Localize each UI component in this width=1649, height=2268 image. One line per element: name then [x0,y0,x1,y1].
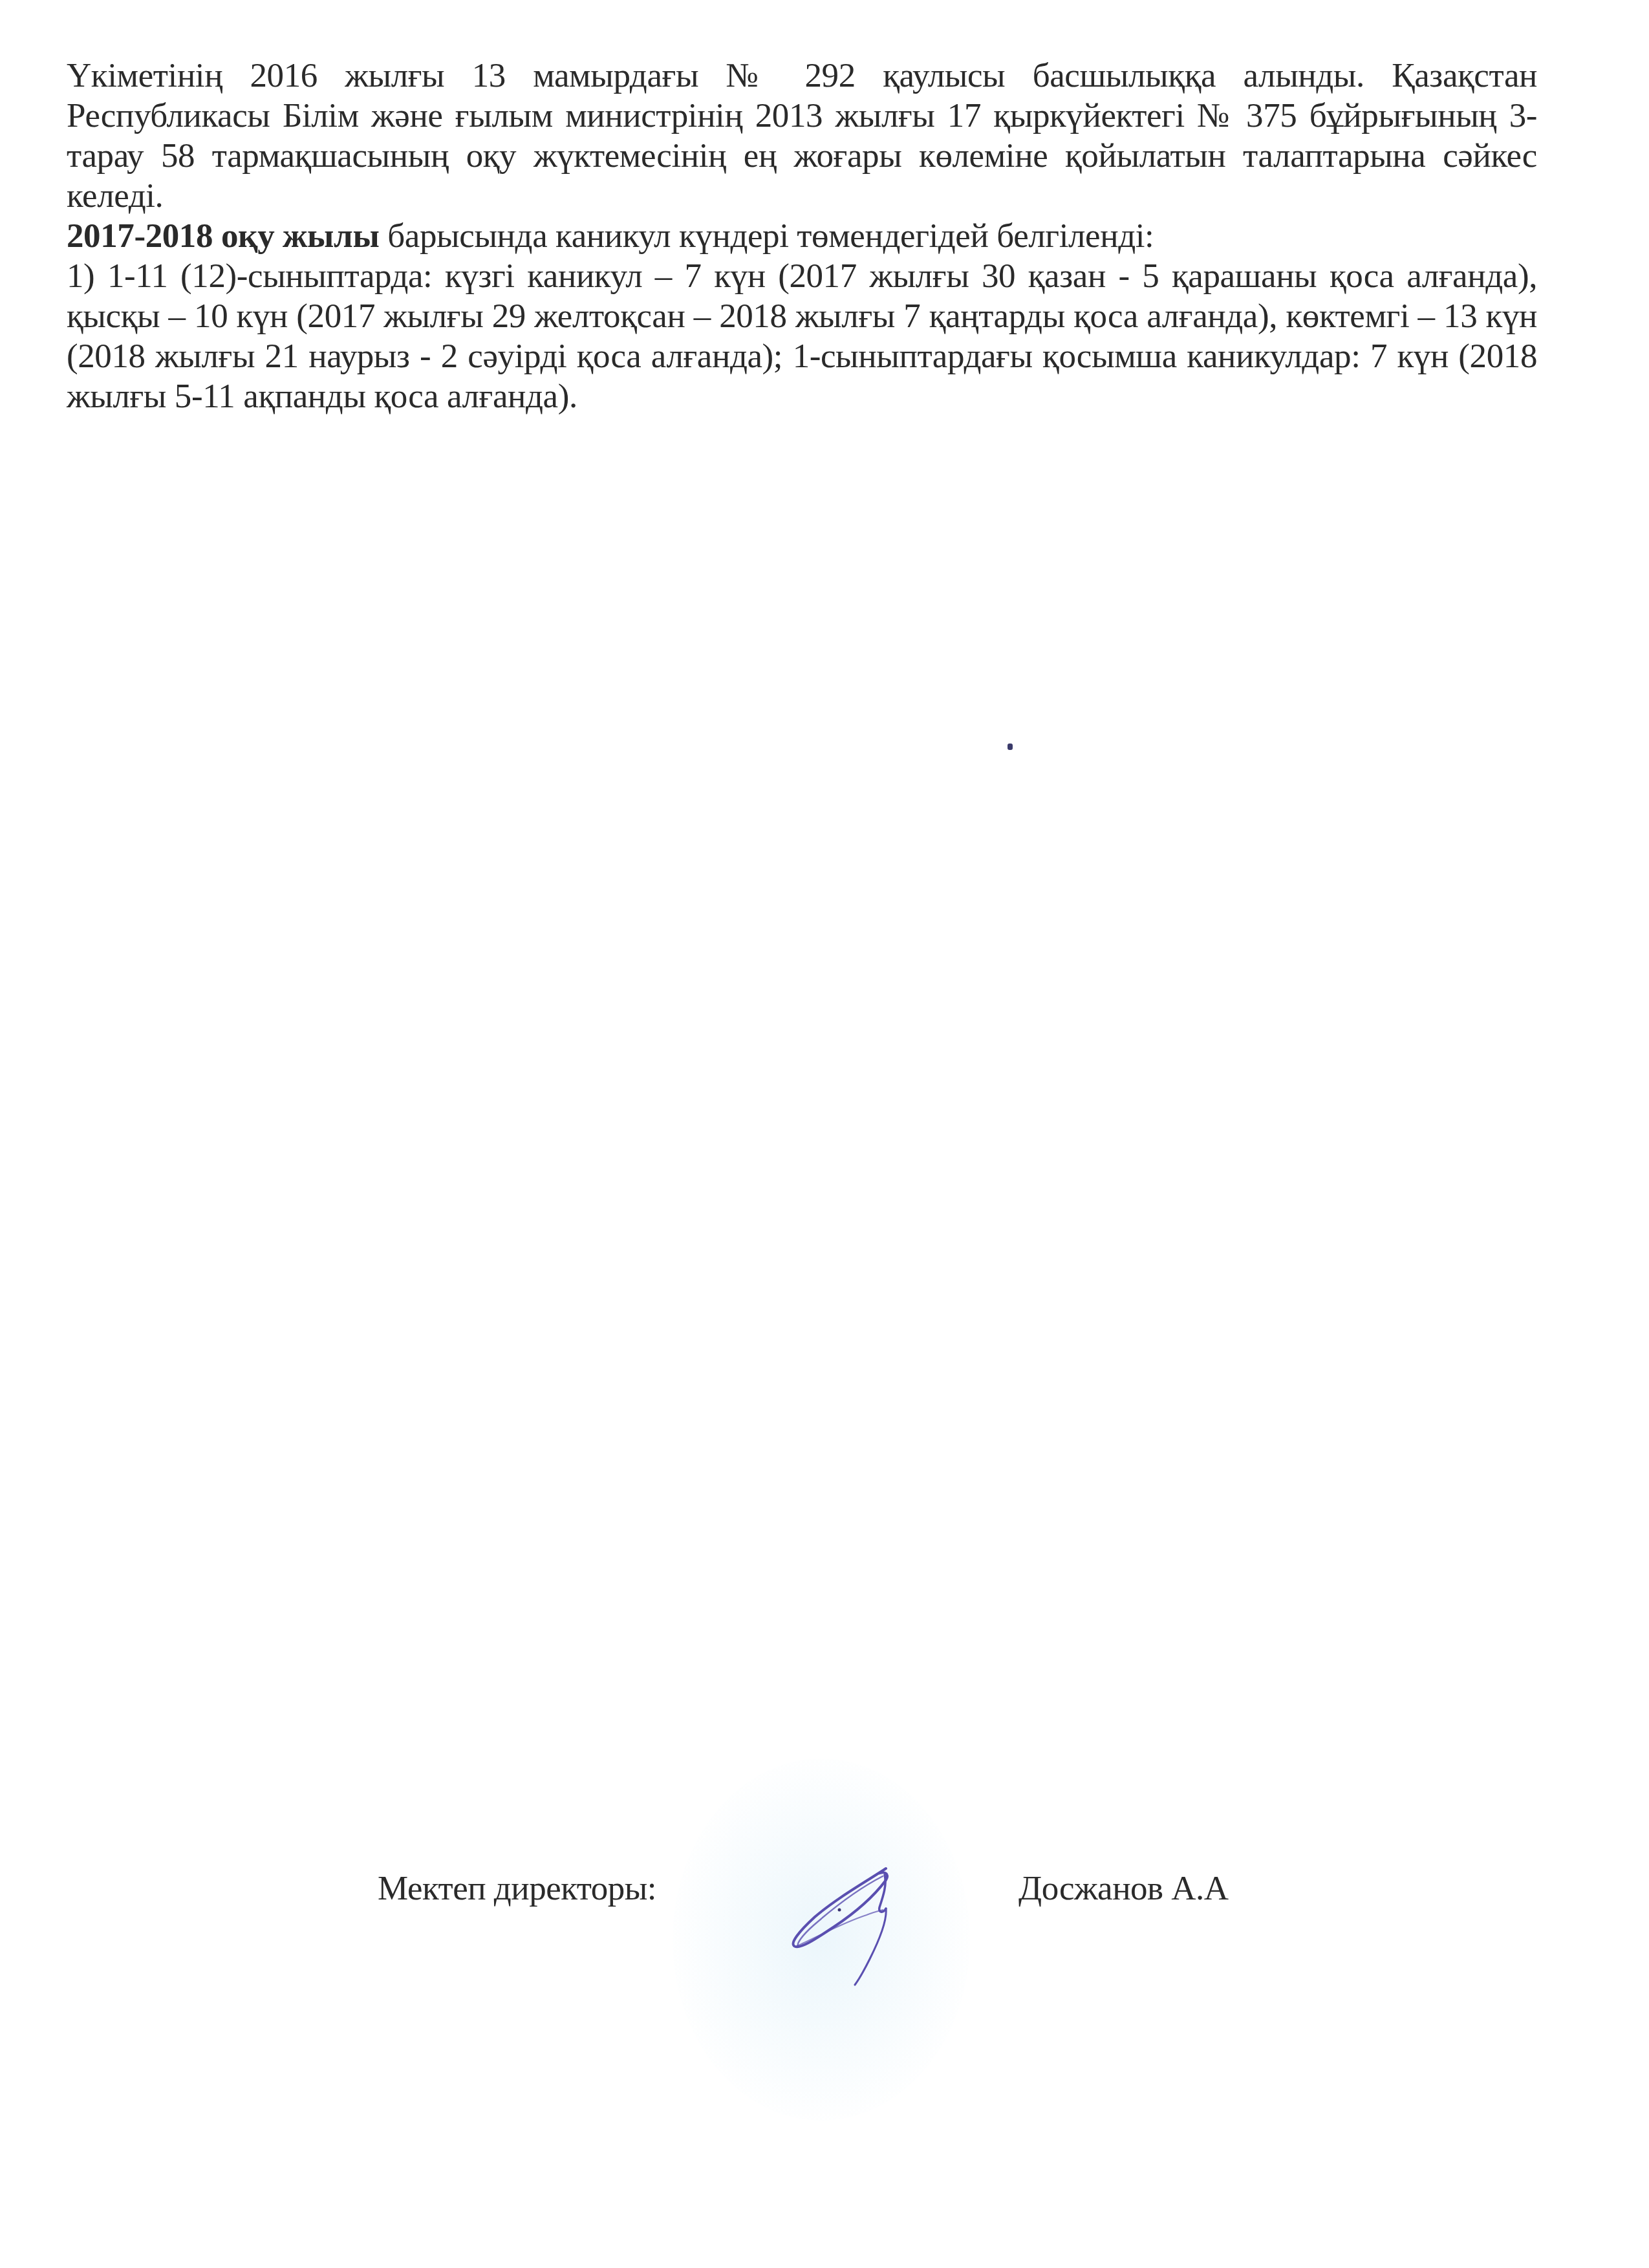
paragraph-regulation: Үкіметінің 2016 жылғы 13 мамырдағы № 292… [67,56,1537,216]
scan-speck [1008,744,1013,750]
signatory-name: Досжанов А.А [1018,1868,1229,1909]
handwritten-signature-icon [776,1862,905,1991]
paragraph-text: 1) 1-11 (12)-сыныптарда: күзгі каникул –… [67,257,1537,415]
document-body: Үкіметінің 2016 жылғы 13 мамырдағы № 292… [67,56,1537,416]
paragraph-text: барысында каникул күндері төмендегідей б… [379,217,1154,255]
paragraph-text: Үкіметінің 2016 жылғы 13 мамырдағы № 292… [67,57,1537,215]
paragraph-holiday-dates: 1) 1-11 (12)-сыныптарда: күзгі каникул –… [67,256,1537,416]
paragraph-holidays-intro: 2017-2018 оқу жылы барысында каникул күн… [67,216,1537,256]
signatory-title: Мектеп директоры: [378,1868,656,1909]
document-page: Үкіметінің 2016 жылғы 13 мамырдағы № 292… [0,0,1649,2268]
faint-stamp [673,1759,970,2121]
school-year-heading: 2017-2018 оқу жылы [67,217,379,255]
